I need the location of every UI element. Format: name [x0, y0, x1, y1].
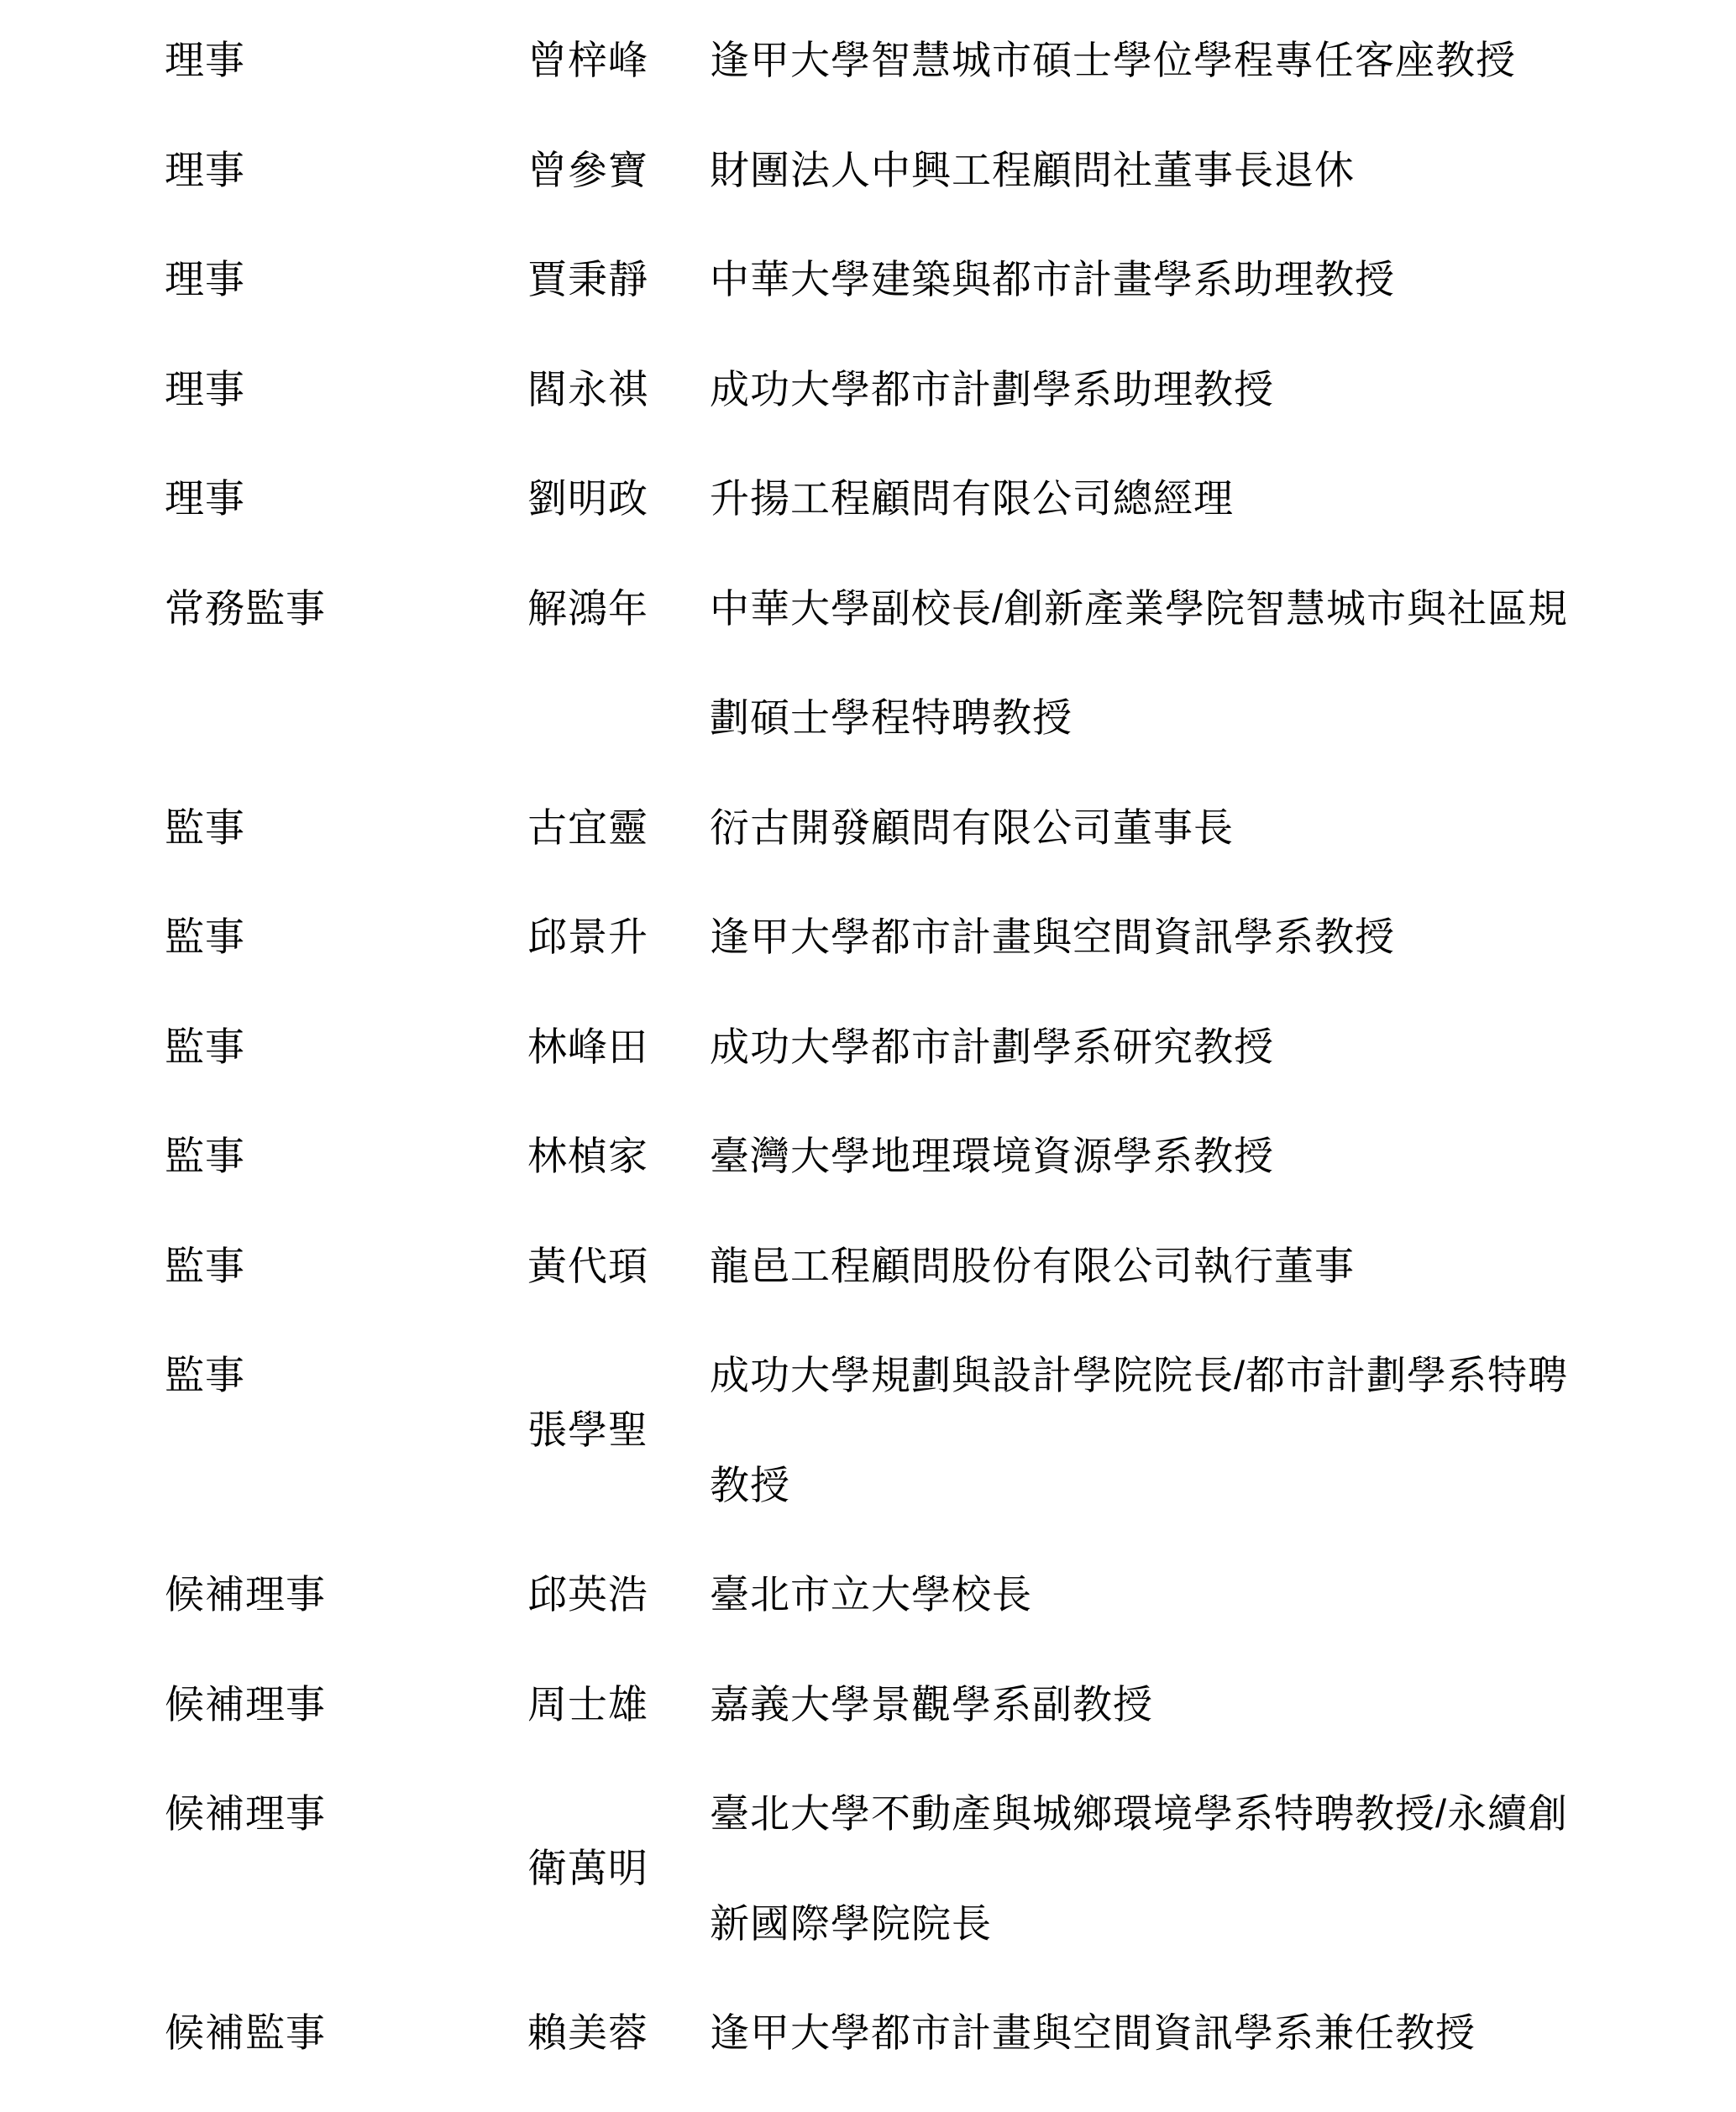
description-line: 新國際學院院長 — [710, 1869, 1736, 1979]
name-cell: 賴美蓉 — [527, 1978, 648, 2088]
table-row: 監事 古宜靈 衍古開發顧問有限公司董事長 — [0, 773, 1736, 883]
role-cell: 候補理事 — [165, 1759, 326, 1869]
description-cell: 逢甲大學都市計畫與空間資訊學系兼任教授 — [710, 1978, 1736, 2088]
description-cell: 中華大學副校長/創新產業學院智慧城市與社區規 劃碩士學程特聘教授 — [710, 554, 1736, 773]
description-cell: 嘉義大學景觀學系副教授 — [710, 1650, 1736, 1760]
table-row: 監事 張學聖 成功大學規劃與設計學院院長/都市計劃學系特聘 教授 — [0, 1321, 1736, 1540]
description-line: 嘉義大學景觀學系副教授 — [710, 1650, 1736, 1760]
table-row: 監事 邱景升 逢甲大學都市計畫與空間資訊學系教授 — [0, 883, 1736, 993]
description-line: 成功大學都市計劃學系研究教授 — [710, 993, 1736, 1103]
description-cell: 衍古開發顧問有限公司董事長 — [710, 773, 1736, 883]
name-cell: 曾梓峰 — [527, 6, 648, 116]
role-cell: 監事 — [165, 773, 245, 883]
role-cell: 理事 — [165, 116, 245, 226]
officer-table: 理事 曾梓峰 逢甲大學智慧城市碩士學位學程專任客座教授 理事 曾參寶 財團法人中… — [0, 6, 1736, 2088]
description-line: 衍古開發顧問有限公司董事長 — [710, 773, 1736, 883]
description-line: 成功大學規劃與設計學院院長/都市計劃學系特聘 — [710, 1321, 1736, 1431]
table-row: 理事 賈秉靜 中華大學建築與都市計畫學系助理教授 — [0, 225, 1736, 335]
role-cell: 監事 — [165, 1321, 245, 1431]
role-cell: 理事 — [165, 444, 245, 554]
name-cell: 林峰田 — [527, 993, 648, 1103]
description-line: 臺北大學不動產與城鄉環境學系特聘教授/永續創 — [710, 1759, 1736, 1869]
description-line: 臺北市立大學校長 — [710, 1540, 1736, 1650]
description-cell: 成功大學都市計劃學系助理教授 — [710, 335, 1736, 445]
description-cell: 臺灣大學地理環境資源學系教授 — [710, 1102, 1736, 1212]
role-cell: 候補監事 — [165, 1978, 326, 2088]
table-row: 候補理事 邱英浩 臺北市立大學校長 — [0, 1540, 1736, 1650]
name-cell: 劉明政 — [527, 444, 648, 554]
description-cell: 臺北市立大學校長 — [710, 1540, 1736, 1650]
name-cell: 曾參寶 — [527, 116, 648, 226]
description-line: 中華大學副校長/創新產業學院智慧城市與社區規 — [710, 554, 1736, 664]
role-cell: 監事 — [165, 1212, 245, 1322]
description-cell: 財團法人中興工程顧問社董事長退休 — [710, 116, 1736, 226]
table-row: 理事 曾參寶 財團法人中興工程顧問社董事長退休 — [0, 116, 1736, 226]
description-cell: 成功大學都市計劃學系研究教授 — [710, 993, 1736, 1103]
description-line: 升揚工程顧問有限公司總經理 — [710, 444, 1736, 554]
table-row: 監事 黃代頊 龍邑工程顧問股份有限公司執行董事 — [0, 1212, 1736, 1322]
role-cell: 理事 — [165, 225, 245, 335]
name-cell: 賈秉靜 — [527, 225, 648, 335]
description-cell: 成功大學規劃與設計學院院長/都市計劃學系特聘 教授 — [710, 1321, 1736, 1540]
name-cell: 張學聖 — [527, 1376, 648, 1486]
name-cell: 邱英浩 — [527, 1540, 648, 1650]
role-cell: 監事 — [165, 883, 245, 993]
name-cell: 古宜靈 — [527, 773, 648, 883]
name-cell: 周士雄 — [527, 1650, 648, 1760]
role-cell: 理事 — [165, 6, 245, 116]
role-cell: 常務監事 — [165, 554, 326, 664]
table-row: 候補監事 賴美蓉 逢甲大學都市計畫與空間資訊學系兼任教授 — [0, 1978, 1736, 2088]
table-row: 常務監事 解鴻年 中華大學副校長/創新產業學院智慧城市與社區規 劃碩士學程特聘教… — [0, 554, 1736, 773]
role-cell: 理事 — [165, 335, 245, 445]
description-cell: 臺北大學不動產與城鄉環境學系特聘教授/永續創 新國際學院院長 — [710, 1759, 1736, 1978]
table-row: 監事 林峰田 成功大學都市計劃學系研究教授 — [0, 993, 1736, 1103]
description-line: 逢甲大學都市計畫與空間資訊學系教授 — [710, 883, 1736, 993]
name-cell: 衛萬明 — [527, 1814, 648, 1924]
table-row: 候補理事 衛萬明 臺北大學不動產與城鄉環境學系特聘教授/永續創 新國際學院院長 — [0, 1759, 1736, 1978]
description-line: 龍邑工程顧問股份有限公司執行董事 — [710, 1212, 1736, 1322]
description-line: 劃碩士學程特聘教授 — [710, 663, 1736, 773]
description-line: 中華大學建築與都市計畫學系助理教授 — [710, 225, 1736, 335]
name-cell: 閻永祺 — [527, 335, 648, 445]
description-line: 逢甲大學智慧城市碩士學位學程專任客座教授 — [710, 6, 1736, 116]
description-line: 逢甲大學都市計畫與空間資訊學系兼任教授 — [710, 1978, 1736, 2088]
description-cell: 逢甲大學都市計畫與空間資訊學系教授 — [710, 883, 1736, 993]
role-cell: 候補理事 — [165, 1650, 326, 1760]
description-line: 教授 — [710, 1431, 1736, 1541]
name-cell: 黃代頊 — [527, 1212, 648, 1322]
table-row: 理事 劉明政 升揚工程顧問有限公司總經理 — [0, 444, 1736, 554]
table-row: 候補理事 周士雄 嘉義大學景觀學系副教授 — [0, 1650, 1736, 1760]
description-cell: 逢甲大學智慧城市碩士學位學程專任客座教授 — [710, 6, 1736, 116]
role-cell: 監事 — [165, 1102, 245, 1212]
table-row: 理事 曾梓峰 逢甲大學智慧城市碩士學位學程專任客座教授 — [0, 6, 1736, 116]
description-line: 成功大學都市計劃學系助理教授 — [710, 335, 1736, 445]
description-line: 臺灣大學地理環境資源學系教授 — [710, 1102, 1736, 1212]
description-cell: 升揚工程顧問有限公司總經理 — [710, 444, 1736, 554]
table-row: 理事 閻永祺 成功大學都市計劃學系助理教授 — [0, 335, 1736, 445]
description-line: 財團法人中興工程顧問社董事長退休 — [710, 116, 1736, 226]
name-cell: 解鴻年 — [527, 554, 648, 664]
table-row: 監事 林楨家 臺灣大學地理環境資源學系教授 — [0, 1102, 1736, 1212]
role-cell: 候補理事 — [165, 1540, 326, 1650]
description-cell: 中華大學建築與都市計畫學系助理教授 — [710, 225, 1736, 335]
role-cell: 監事 — [165, 993, 245, 1103]
description-cell: 龍邑工程顧問股份有限公司執行董事 — [710, 1212, 1736, 1322]
name-cell: 林楨家 — [527, 1102, 648, 1212]
name-cell: 邱景升 — [527, 883, 648, 993]
